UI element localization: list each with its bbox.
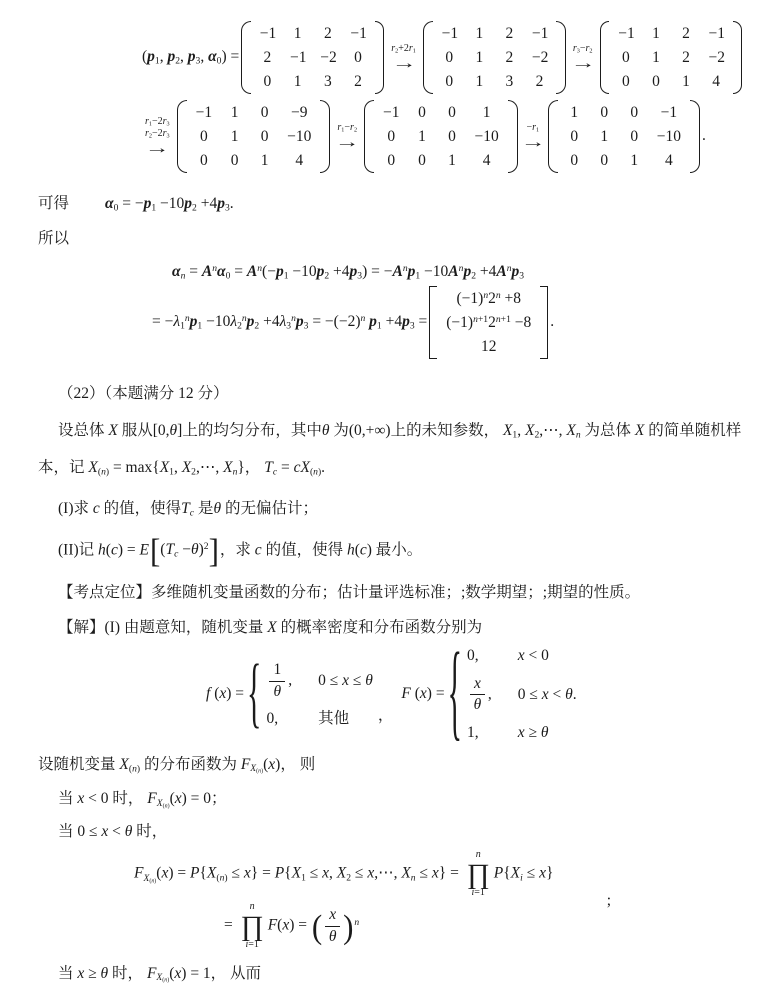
matrix-final: 100−1010−100014 [548,99,700,174]
pdf-cases: 1θ,0 ≤ x ≤ θ0,其他 [266,661,372,729]
matrix-cell: −2 [532,49,547,66]
matrix-cell: 0 [260,73,275,90]
matrix-cell: 0 [196,152,213,169]
piecewise-value: 0, [467,647,492,666]
matrix-cell: 1 [445,152,460,169]
suoyi-label: 所以 [38,229,743,250]
xn-cdf-product-formula: FX(n)(x) = P{X(n) ≤ x} = P{X1 ≤ x, X2 ≤ … [134,849,553,899]
matrix-cell: 2 [678,49,693,66]
matrix-cell: −1 [657,104,681,121]
matrix-cell: 4 [287,152,311,169]
xn-cdf-intro-line: 设随机变量 X(n) 的分布函数为 FX(n)(x)， 则 [38,755,743,776]
matrix-cell: 0 [415,104,430,121]
pdf-lhs: f (x) = [206,684,244,705]
piecewise-condition: 0 ≤ x ≤ θ [318,672,373,691]
piecewise-condition: 0 ≤ x < θ. [518,686,577,705]
alpha-n-formula-2: = −λ1np1 −10λ2np2 +4λ3np3 = −(−2)n p1 +4… [152,312,427,333]
right-arrow-icon: → [335,135,360,151]
matrix-cell: 2 [532,73,547,90]
right-arrow-icon: → [145,141,170,157]
matrix-cell: 0 [257,128,272,145]
alpha-n-equation-line-2: = −λ1np1 −10λ2np2 +4λ3np3 = −(−2)n p1 +4… [152,285,743,360]
left-brace-icon: { [448,622,462,768]
matrix-cell: 0 [597,152,612,169]
matrix-cell: 2 [350,73,365,90]
matrix-step-5: −1001010−100014 [364,99,518,174]
matrix-cell: 0 [627,104,642,121]
piecewise-condition: 其他 [318,710,373,729]
matrix-cell: −1 [290,49,305,66]
matrix-cell: 0 [567,152,582,169]
matrix-cell: 2 [502,49,517,66]
matrix-cell: 3 [502,73,517,90]
matrix-cell: −1 [383,104,400,121]
piecewise-condition: x ≥ θ [518,724,577,743]
result-column-vector: (−1)n2n +8(−1)n+12n+1 −812 [429,285,548,360]
case-0-le-x-lt-theta: 当 0 ≤ x < θ 时， [58,822,743,843]
matrix-cell: 2 [678,25,693,42]
matrix-cell: 0 [350,49,365,66]
kede-line: 可得 α0 = −p1 −10p2 +4p3. [38,194,743,215]
matrix-cell: 12 [446,338,531,355]
cdf-cases: 0,x < 0xθ,0 ≤ x < θ.1,x ≥ θ [467,647,577,742]
matrix-cell: −1 [260,25,275,42]
matrix-cell: −1 [350,25,365,42]
matrix-cell: 0 [618,49,633,66]
right-arrow-icon: → [391,56,416,72]
matrix-cell: 1 [415,128,430,145]
matrix-cell: 1 [567,104,582,121]
problem-statement-line-1: 设总体 X 服从[0,θ]上的均匀分布，其中θ 为(0,+∞)上的未知参数， X… [58,421,743,442]
matrix-cell: (−1)n+12n+1 −8 [446,314,531,331]
row-op-label-2: r3−r2 [573,43,593,55]
matrix-cell: 2 [502,25,517,42]
alpha0-formula: α0 = −p1 −10p2 +4p3. [105,194,234,215]
matrix-reduction-line-1: (p1, p2, p3, α0) = −112−12−1−200132 r2+2… [142,20,743,95]
pdf-cdf-block: f (x) = { 1θ,0 ≤ x ≤ θ0,其他 ， F (x) = { 0… [206,647,743,742]
matrix-cell: 1 [290,73,305,90]
row-op-label-3a: r1−2r3 [145,116,170,128]
piecewise-value: 1θ, [266,661,292,701]
matrix-cell: 0 [627,128,642,145]
cdf-piecewise: { 0,x < 0xθ,0 ≤ x < θ.1,x ≥ θ [448,647,577,742]
matrix-cell: −1 [708,25,723,42]
matrix-cell: 1 [648,25,663,42]
row-op-arrow-2: r3−r2 → [573,43,593,72]
xn-cdf-derivation: FX(n)(x) = P{X(n) ≤ x} = P{X1 ≤ x, X2 ≤ … [38,849,743,951]
matrix-cell: 0 [196,128,213,145]
piecewise-value: xθ, [467,675,492,715]
matrix-cell: 0 [445,128,460,145]
matrix-cell: 1 [475,104,499,121]
matrix-cell: 0 [257,104,272,121]
alpha-n-formula-1: αn = Anα0 = An(−p1 −10p2 +4p3) = −Anp1 −… [172,262,524,283]
piecewise-condition: x < 0 [518,647,577,666]
matrix-equation-lhs: (p1, p2, p3, α0) = [142,47,239,68]
document-page: (p1, p2, p3, α0) = −112−12−1−200132 r2+2… [0,0,781,989]
period: . [550,312,554,333]
exam-point-line: 【考点定位】多维随机变量函数的分布；估计量评选标准；;数学期望；;期望的性质。 [58,583,743,604]
matrix-cell: 1 [227,104,242,121]
matrix-cell: −9 [287,104,311,121]
matrix-cell: 4 [657,152,681,169]
matrix-cell: 1 [472,49,487,66]
row-op-label-1: r2+2r1 [391,43,416,55]
matrix-reduction-line-2: r1−2r3 r2−2r3 → −110−9010−100014 r1−r2 →… [140,99,743,174]
trailing-semicolon: ; [607,891,611,912]
period: . [702,126,706,147]
matrix-cell: 2 [260,49,275,66]
comma-separator: ， [378,706,394,727]
matrix-cell: 1 [257,152,272,169]
left-brace-icon: { [247,642,261,747]
row-op-arrow-4: r1−r2 → [337,122,357,151]
matrix-cell: −10 [287,128,311,145]
right-arrow-icon: → [520,135,545,151]
case-x-lt-0: 当 x < 0 时， FX(n)(x) = 0； [58,789,743,810]
row-op-label-4: r1−r2 [337,122,357,134]
matrix-cell: 4 [708,73,723,90]
kede-label: 可得 [38,194,69,215]
matrix-cell: 0 [383,152,400,169]
problem-22-header: （22）（本题满分 12 分） [58,384,743,405]
matrix-cell: 0 [415,152,430,169]
row-op-label-3b: r2−2r3 [145,128,170,140]
row-op-arrow-3: r1−2r3 r2−2r3 → [145,116,170,157]
matrix-cell: 4 [475,152,499,169]
matrix-cell: 1 [472,73,487,90]
matrix-cell: −1 [532,25,547,42]
case-x-ge-theta: 当 x ≥ θ 时， FX(n)(x) = 1， 从而 [58,964,743,985]
piecewise-value: 1, [467,724,492,743]
matrix-cell: 1 [648,49,663,66]
matrix-step-3: −112−1012−20014 [600,20,743,95]
xn-cdf-result-equation: = n∏i=1F(x) = (xθ)n [224,901,743,951]
piecewise-value: 0, [266,710,292,729]
pdf-piecewise: { 1θ,0 ≤ x ≤ θ0,其他 [247,661,373,729]
cdf-lhs: F (x) = [401,684,444,705]
matrix-cell: 1 [597,128,612,145]
matrix-cell: 0 [383,128,400,145]
alpha-n-equation-line-1: αn = Anα0 = An(−p1 −10p2 +4p3) = −Anp1 −… [172,262,743,283]
matrix-step-4: −110−9010−100014 [177,99,331,174]
matrix-cell: 3 [320,73,335,90]
matrix-cell: 1 [227,128,242,145]
matrix-cell: 2 [320,25,335,42]
matrix-cell: (−1)n2n +8 [446,290,531,307]
matrix-cell: −2 [320,49,335,66]
matrix-cell: 0 [442,73,457,90]
problem-part-2: (II)记 h(c) = E[(Tc −θ)2]，求 c 的值，使得 h(c) … [58,536,743,565]
right-arrow-icon: → [570,56,595,72]
matrix-cell: −1 [442,25,457,42]
matrix-cell: 0 [445,104,460,121]
matrix-cell: 1 [627,152,642,169]
matrix-cell: 1 [678,73,693,90]
matrix-cell: 0 [227,152,242,169]
xn-cdf-product-equation: FX(n)(x) = P{X(n) ≤ x} = P{X1 ≤ x, X2 ≤ … [134,849,743,899]
matrix-cell: 0 [597,104,612,121]
xn-cdf-result-formula: = n∏i=1F(x) = (xθ)n [224,901,359,951]
matrix-cell: −10 [657,128,681,145]
matrix-initial: −112−12−1−200132 [241,20,384,95]
matrix-cell: −2 [708,49,723,66]
matrix-cell: −1 [196,104,213,121]
problem-part-1: (I)求 c 的值，使得Tc 是θ 的无偏估计； [58,499,743,520]
matrix-cell: −10 [475,128,499,145]
matrix-cell: 1 [472,25,487,42]
solution-intro-line: 【解】(I) 由题意知，随机变量 X 的概率密度和分布函数分别为 [58,618,743,639]
matrix-cell: 0 [648,73,663,90]
row-op-label-5: −r1 [526,122,539,134]
matrix-cell: 0 [618,73,633,90]
matrix-cell: 0 [567,128,582,145]
row-op-arrow-1: r2+2r1 → [391,43,416,72]
matrix-cell: −1 [618,25,633,42]
matrix-cell: 1 [290,25,305,42]
row-op-arrow-5: −r1 → [525,122,541,151]
problem-statement-line-2: 本，记 X(n) = max{X1, X2,⋯, Xn}， Tc = cX(n)… [38,458,743,479]
matrix-cell: 0 [442,49,457,66]
matrix-step-2: −112−1012−20132 [423,20,566,95]
